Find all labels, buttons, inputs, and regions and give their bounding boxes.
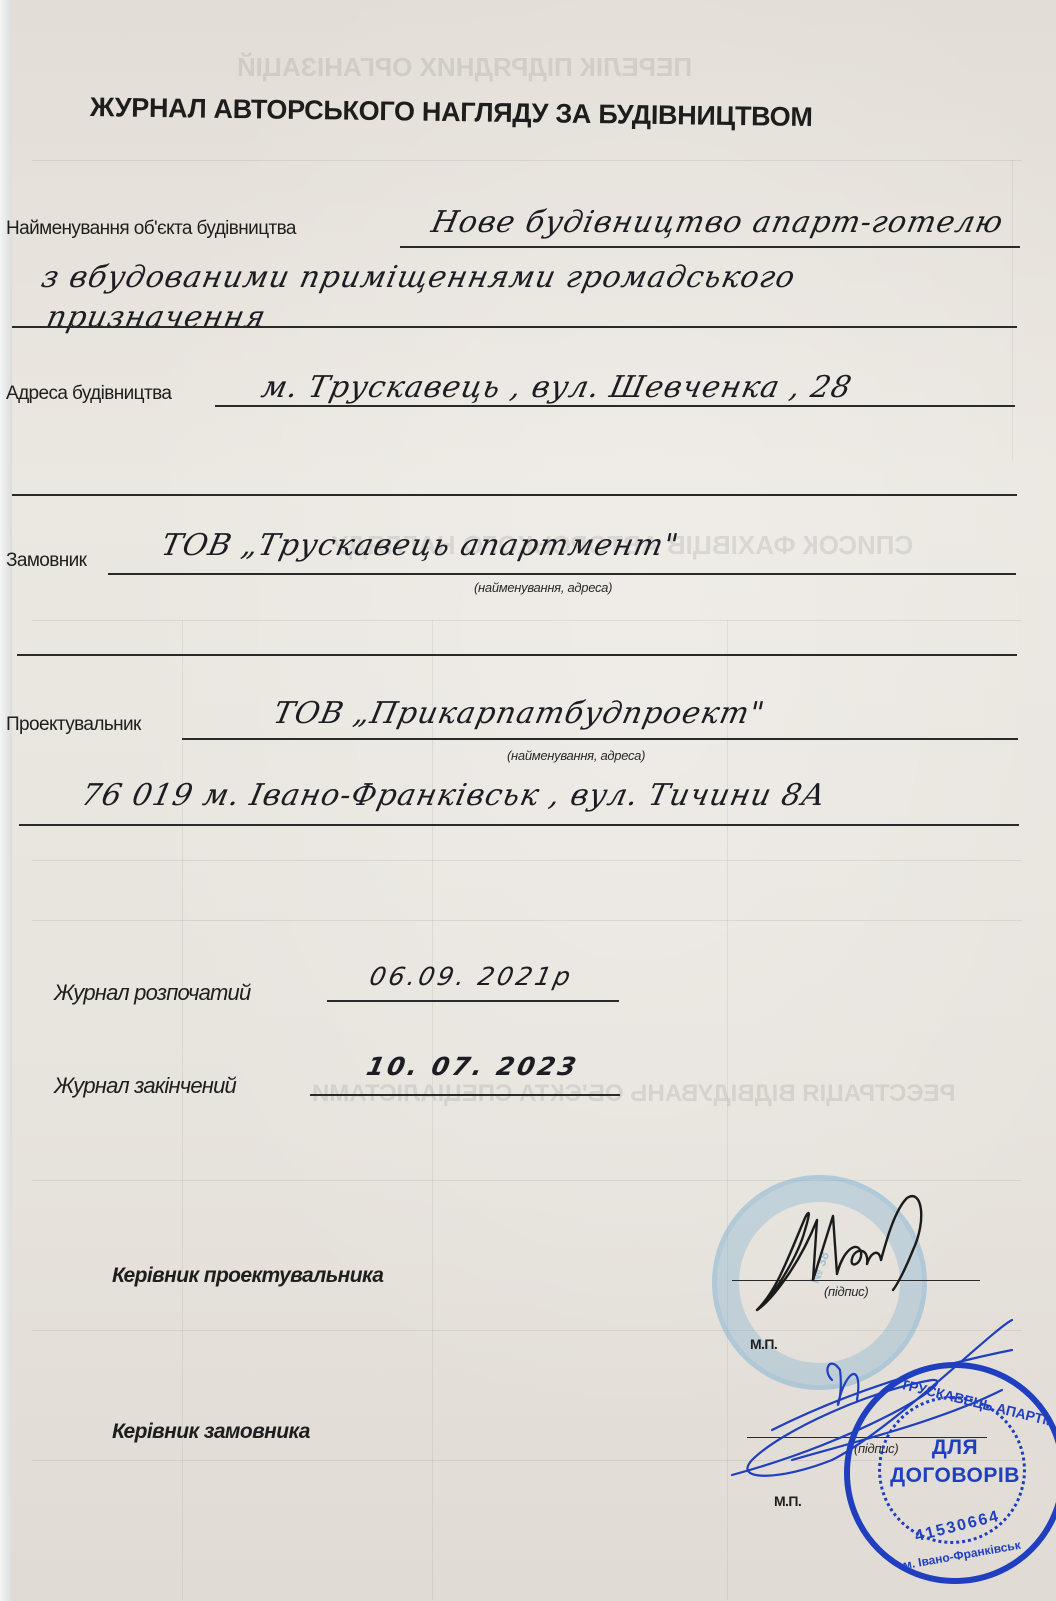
designer-signature — [747, 1190, 967, 1320]
designer-rule — [182, 738, 1018, 740]
bleed-line — [32, 920, 1022, 921]
object-name-value-line3: призначення — [43, 300, 269, 335]
object-name-rule — [400, 246, 1020, 248]
bleed-line — [32, 1180, 1022, 1181]
designer-caption: (найменування, адреса) — [507, 748, 645, 763]
page-edge — [0, 0, 12, 1601]
address-value: м. Трускавець , вул. Шевченка , 28 — [258, 370, 855, 405]
journal-started-value: 06.09. 2021р — [367, 962, 576, 991]
object-name-value-line2: з вбудованими приміщеннями громадського — [38, 260, 799, 295]
bleed-line — [32, 160, 1022, 161]
bleed-line — [182, 620, 183, 1600]
customer-mp-label: М.П. — [774, 1493, 801, 1509]
journal-started-label: Журнал розпочатий — [54, 980, 250, 1006]
bleed-line — [32, 620, 1022, 621]
document-page: ПЕРЕЛІК ПІДРЯДНИХ ОРГАНІЗАЦІЙ СПИСОК ФАХ… — [12, 0, 1056, 1601]
customer-caption: (найменування, адреса) — [474, 580, 612, 595]
designer-value-line1: ТОВ „Прикарпатбудпроект" — [270, 696, 768, 731]
designer-rule-2 — [19, 824, 1019, 826]
object-name-label: Найменування об'єкта будівництва — [6, 218, 296, 240]
customer-signature — [712, 1310, 1032, 1490]
customer-label: Замовник — [6, 550, 86, 572]
designer-head-label: Керівник проектувальника — [112, 1264, 383, 1288]
address-label: Адреса будівництва — [6, 383, 171, 405]
bleed-line — [432, 620, 433, 1600]
journal-started-rule — [327, 1000, 619, 1002]
customer-value: ТОВ „Трускавець апартмент" — [158, 528, 682, 563]
address-rule — [215, 405, 1015, 407]
bleed-line — [1012, 160, 1013, 460]
designer-label: Проектувальник — [6, 714, 141, 736]
customer-head-label: Керівник замовника — [112, 1420, 310, 1444]
journal-finished-rule — [310, 1094, 620, 1096]
journal-finished-value: 10. 07. 2023 — [364, 1052, 582, 1081]
customer-rule — [108, 573, 1016, 575]
journal-finished-label: Журнал закінчений — [54, 1073, 236, 1099]
customer-rule-2 — [17, 654, 1017, 656]
document-title: ЖУРНАЛ АВТОРСЬКОГО НАГЛЯДУ ЗА БУДІВНИЦТВ… — [90, 92, 990, 136]
bleed-line — [32, 860, 1022, 861]
object-name-rule-2 — [12, 326, 1017, 328]
object-name-value-line1: Нове будівництво апарт-готелю — [428, 205, 1007, 240]
address-rule-2 — [12, 494, 1017, 496]
bleed-heading-1: ПЕРЕЛІК ПІДРЯДНИХ ОРГАНІЗАЦІЙ — [237, 52, 692, 83]
designer-value-line2: 76 019 м. Івано-Франківськ , вул. Тичини… — [78, 778, 829, 813]
